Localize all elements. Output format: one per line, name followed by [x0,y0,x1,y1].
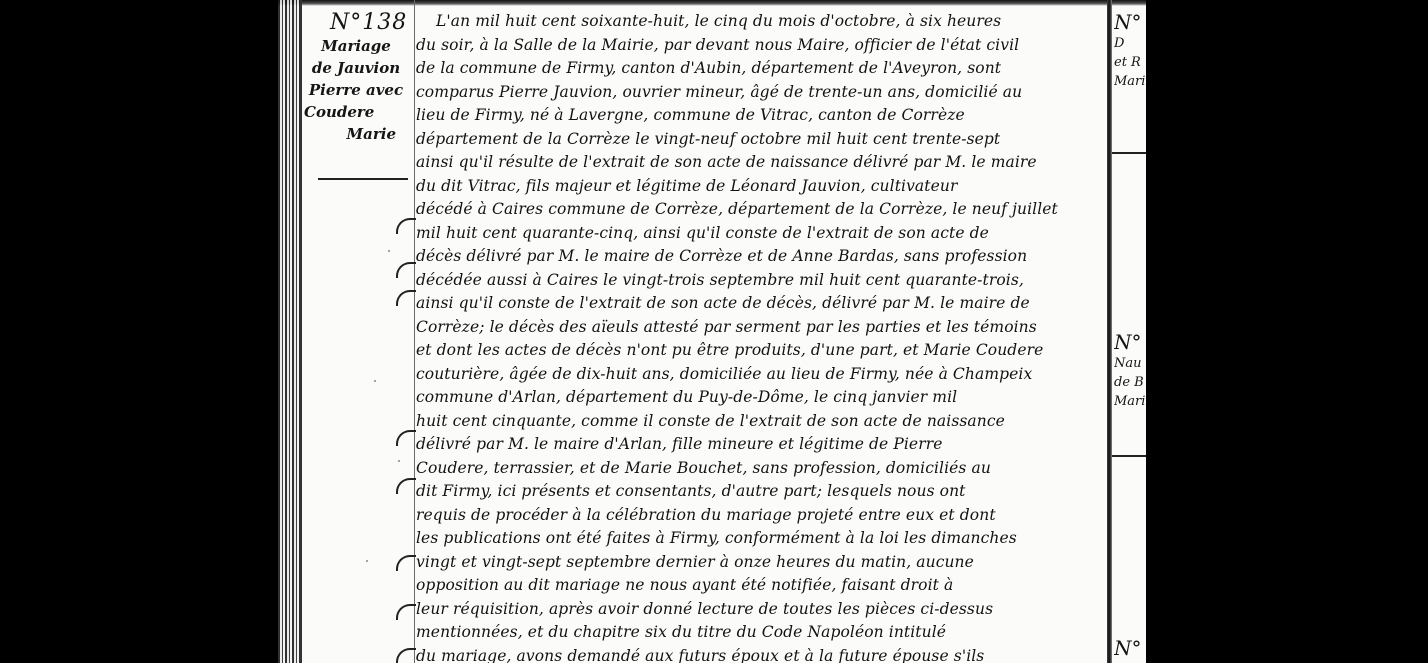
facing-entry-number: N° [1114,636,1146,660]
marriage-act-body: L'an mil huit cent soixante-huit, le cin… [416,10,1106,663]
text-line: commune d'Arlan, département du Puy-de-D… [416,386,1106,410]
facing-margin-line: Nau [1114,354,1146,373]
text-line: comparus Pierre Jauvion, ouvrier mineur,… [416,81,1106,105]
facing-entry-heading: N° D et R Mari [1114,10,1146,91]
text-line: les publications ont été faites à Firmy,… [416,527,1106,551]
text-line: huit cent cinquante, comme il conste de … [416,410,1106,434]
text-line: vingt et vingt-sept septembre dernier à … [416,551,1106,575]
facing-margin-line: de B [1114,373,1146,392]
entry-number: N°138 [330,10,412,35]
line-brace-mark [396,290,416,306]
page-top-shadow [278,0,1146,6]
text-line: de la commune de Firmy, canton d'Aubin, … [416,57,1106,81]
text-line: ainsi qu'il résulte de l'extrait de son … [416,151,1106,175]
text-line: décédé à Caires commune de Corrèze, dépa… [416,198,1106,222]
text-line: requis de procéder à la célébration du m… [416,504,1106,528]
text-line: du mariage, avons demandé aux futurs épo… [416,645,1106,663]
facing-margin-line: et R [1114,53,1146,72]
text-line: mentionnées, et du chapitre six du titre… [416,621,1106,645]
text-line: mil huit cent quarante-cinq, ainsi qu'il… [416,222,1106,246]
line-brace-mark [396,555,416,571]
facing-entry-number: N° [1114,330,1146,354]
margin-line: Marie [300,123,412,145]
facing-entry-number: N° [1114,10,1146,34]
text-line: L'an mil huit cent soixante-huit, le cin… [416,10,1106,34]
text-line: décédée aussi à Caires le vingt-trois se… [416,269,1106,293]
text-line: délivré par M. le maire d'Arlan, fille m… [416,433,1106,457]
line-brace-mark [396,604,416,620]
text-line: ainsi qu'il conste de l'extrait de son a… [416,292,1106,316]
facing-entry-divider [1112,152,1146,154]
facing-page-margin: N° D et R Mari N° Nau de B Mari N° [1112,0,1146,663]
text-line: lieu de Firmy, né à Lavergne, commune de… [416,104,1106,128]
text-line: dit Firmy, ici présents et consentants, … [416,480,1106,504]
register-page-scan: N°138 Mariage de Jauvion Pierre avec Cou… [278,0,1146,663]
text-line: Coudere, terrassier, et de Marie Bouchet… [416,457,1106,481]
facing-entry-heading: N° [1114,636,1146,660]
facing-margin-line: D [1114,34,1146,53]
margin-line: de Jauvion [300,57,412,79]
line-brace-mark [396,430,416,446]
scan-speck [374,380,376,382]
book-binding-edge [278,0,300,663]
margin-entry-heading: N°138 Mariage de Jauvion Pierre avec Cou… [300,10,412,145]
text-line: du dit Vitrac, fils majeur et légitime d… [416,175,1106,199]
line-brace-mark [396,478,416,494]
scan-speck [388,250,390,252]
text-line: du soir, à la Salle de la Mairie, par de… [416,34,1106,58]
text-line: département de la Corrèze le vingt-neuf … [416,128,1106,152]
line-brace-mark [396,648,416,663]
facing-entry-heading: N° Nau de B Mari [1114,330,1146,411]
text-line: et dont les actes de décès n'ont pu être… [416,339,1106,363]
facing-margin-line: Mari [1114,72,1146,91]
text-line: leur réquisition, après avoir donné lect… [416,598,1106,622]
facing-margin-line: Mari [1114,392,1146,411]
margin-line: Coudere [300,101,412,123]
text-line: opposition au dit mariage ne nous ayant … [416,574,1106,598]
scan-speck [366,560,368,562]
text-line: couturière, âgée de dix-huit ans, domici… [416,363,1106,387]
scan-speck [398,460,400,462]
text-line: décès délivré par M. le maire de Corrèze… [416,245,1106,269]
margin-line: Mariage [300,35,412,57]
text-line: Corrèze; le décès des aïeuls attesté par… [416,316,1106,340]
margin-underline-divider [318,178,408,180]
margin-line: Pierre avec [300,79,412,101]
line-brace-mark [396,262,416,278]
facing-entry-divider [1112,455,1146,457]
line-brace-mark [396,218,416,234]
